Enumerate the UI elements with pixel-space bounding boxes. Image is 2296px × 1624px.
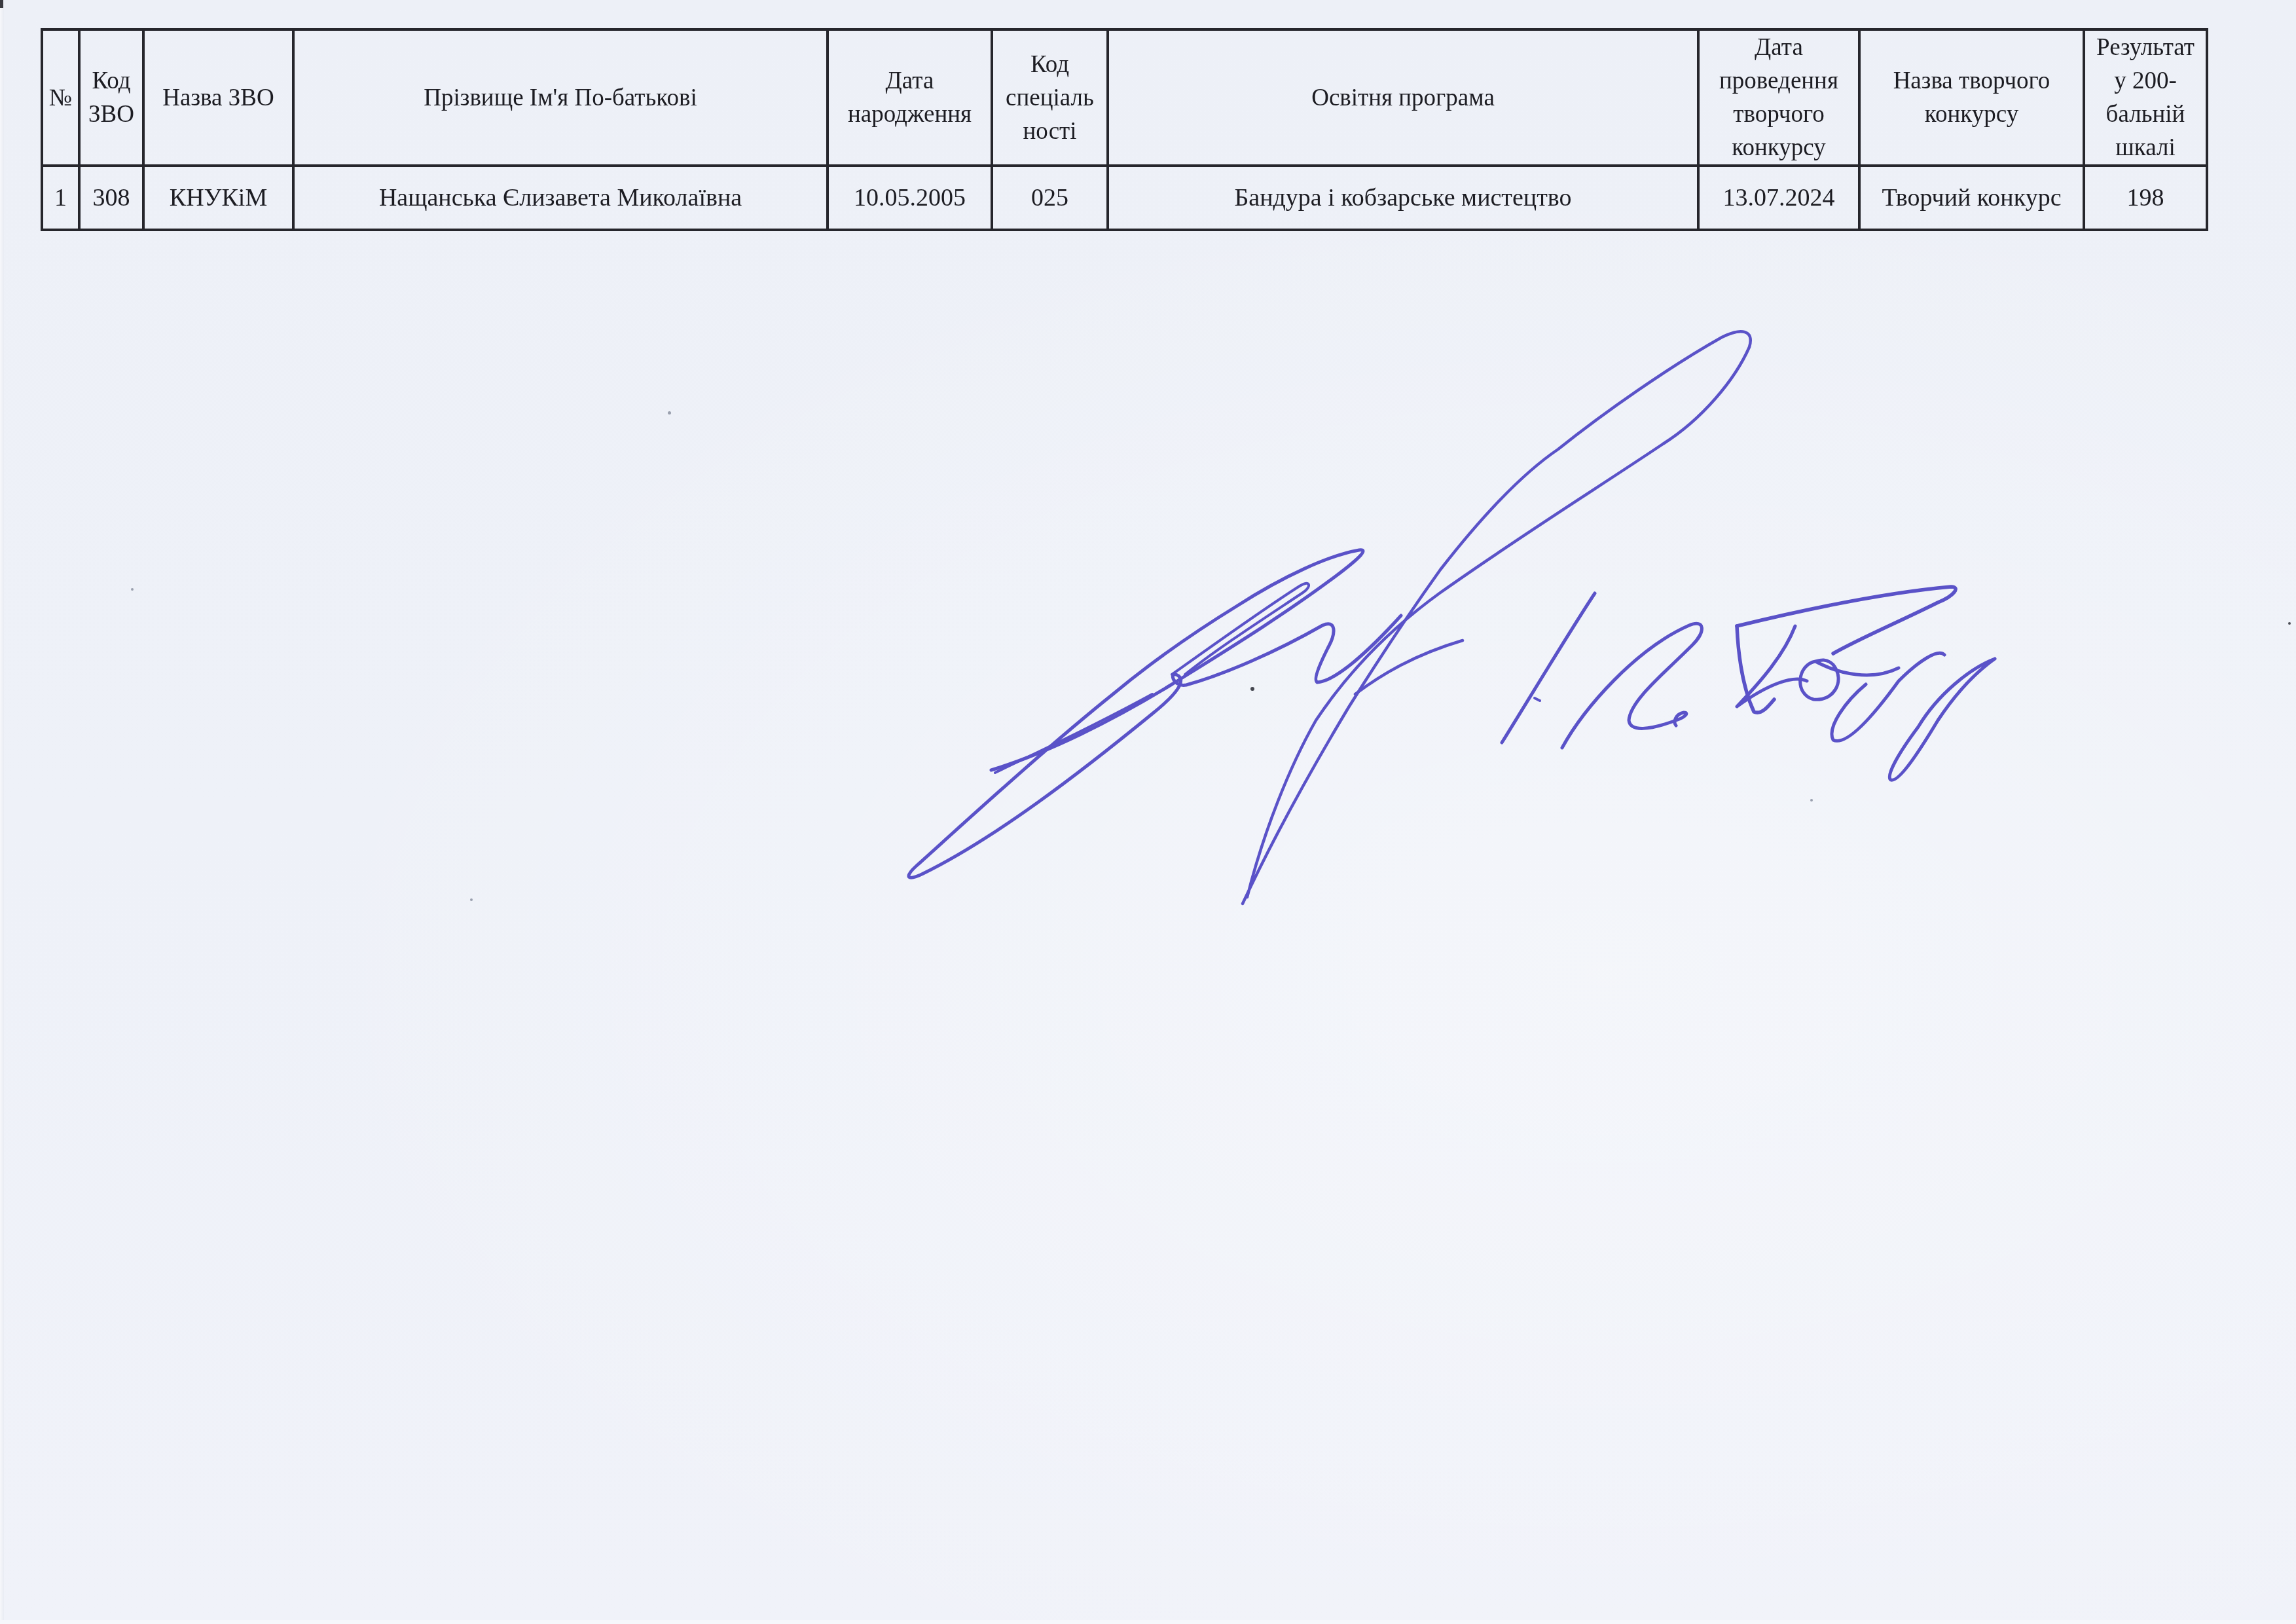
cell-number: 1: [42, 166, 79, 230]
cell-contest-date: 13.07.2024: [1698, 166, 1859, 230]
cell-full-name: Нащанська Єлизавета Миколаївна: [293, 166, 828, 230]
header-specialty-code: Код спеціаль ності: [992, 29, 1108, 166]
scan-corner-mark: [0, 0, 3, 8]
cell-program: Бандура і кобзарське мистецтво: [1108, 166, 1698, 230]
scan-speck: [1810, 799, 1813, 802]
cell-birth-date: 10.05.2005: [828, 166, 992, 230]
scan-speck: [1250, 687, 1254, 691]
scan-speck: [470, 898, 473, 901]
results-table: № Код ЗВО Назва ЗВО Прізвище Ім'я По-бат…: [41, 28, 2208, 231]
header-full-name-label: Прізвище Ім'я По-батькові: [424, 81, 697, 115]
header-birth-date: Дата народження: [828, 29, 992, 166]
header-birth-date-label: Дата народження: [848, 64, 972, 131]
header-institution-code: Код ЗВО: [79, 29, 143, 166]
header-institution-name: Назва ЗВО: [143, 29, 293, 166]
header-specialty-code-label: Код спеціаль ності: [1006, 48, 1094, 148]
header-score-label: Результат у 200- бальній шкалі: [2096, 31, 2195, 164]
header-number-label: №: [49, 81, 72, 115]
table-header-row: № Код ЗВО Назва ЗВО Прізвище Ім'я По-бат…: [42, 29, 2207, 166]
header-contest-date-label: Дата проведення творчого конкурсу: [1719, 31, 1838, 164]
header-full-name: Прізвище Ім'я По-батькові: [293, 29, 828, 166]
header-program-label: Освітня програма: [1311, 81, 1495, 115]
scan-edge-left: [0, 0, 4, 1624]
header-number: №: [42, 29, 79, 166]
table-row: 1 308 КНУКіМ Нащанська Єлизавета Миколаї…: [42, 166, 2207, 230]
header-program: Освітня програма: [1108, 29, 1698, 166]
cell-specialty-code: 025: [992, 166, 1108, 230]
header-contest-name-label: Назва творчого конкурсу: [1893, 64, 2050, 131]
scanned-page: [0, 0, 2296, 1624]
header-contest-name: Назва творчого конкурсу: [1859, 29, 2084, 166]
header-institution-code-label: Код ЗВО: [88, 64, 134, 131]
cell-institution-code: 308: [79, 166, 143, 230]
scan-edge-bottom: [0, 1620, 2296, 1624]
cell-institution-name: КНУКіМ: [143, 166, 293, 230]
scan-speck: [131, 588, 134, 591]
header-score: Результат у 200- бальній шкалі: [2084, 29, 2207, 166]
cell-contest-name: Творчий конкурс: [1859, 166, 2084, 230]
scan-speck: [668, 411, 671, 415]
header-contest-date: Дата проведення творчого конкурсу: [1698, 29, 1859, 166]
scan-speck: [2288, 622, 2291, 625]
cell-score: 198: [2084, 166, 2207, 230]
header-institution-name-label: Назва ЗВО: [162, 81, 274, 115]
